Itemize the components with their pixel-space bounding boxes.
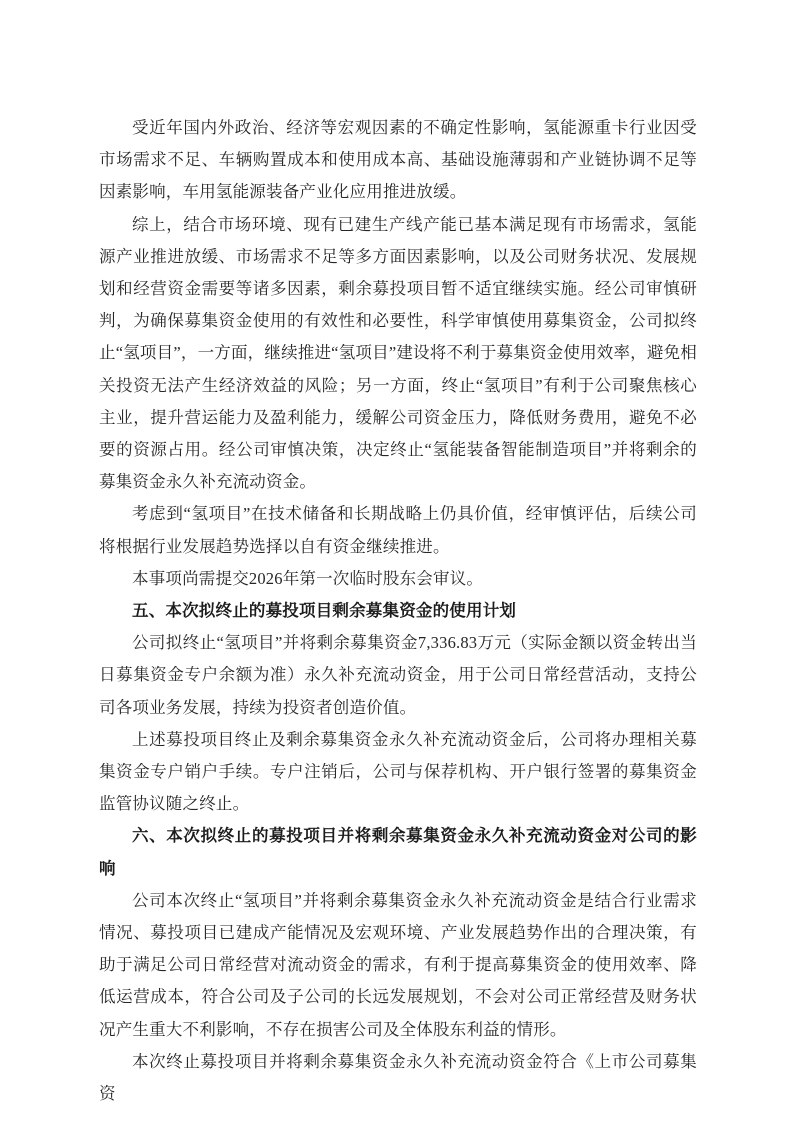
- paragraph-impact-on-company: 公司本次终止“氢项目”并将剩余募集资金永久补充流动资金是结合行业需求情况、募投项…: [99, 885, 697, 1046]
- document-page: 受近年国内外政治、经济等宏观因素的不确定性影响，氢能源重卡行业因受市场需求不足、…: [0, 0, 794, 1123]
- paragraph-compliance-truncated: 本次终止募投项目并将剩余募集资金永久补充流动资金符合《上市公司募集资: [99, 1046, 697, 1110]
- paragraph-termination-rationale: 综上，结合市场环境、现有已建生产线产能已基本满足现有市场需求，氢能源产业推进放缓…: [99, 209, 697, 499]
- paragraph-account-closure: 上述募投项目终止及剩余募集资金永久补充流动资金后，公司将办理相关募集资金专户销户…: [99, 724, 697, 821]
- paragraph-shareholder-meeting: 本事项尚需提交2026年第一次临时股东会审议。: [99, 563, 697, 595]
- document-content: 受近年国内外政治、经济等宏观因素的不确定性影响，氢能源重卡行业因受市场需求不足、…: [99, 112, 697, 1110]
- section-heading-6: 六、本次拟终止的募投项目并将剩余募集资金永久补充流动资金对公司的影响: [99, 820, 697, 884]
- paragraph-fund-usage-plan: 公司拟终止“氢项目”并将剩余募集资金7,336.83万元（实际金额以资金转出当日…: [99, 627, 697, 724]
- section-heading-5: 五、本次拟终止的募投项目剩余募集资金的使用计划: [99, 595, 697, 627]
- paragraph-macro-factors: 受近年国内外政治、经济等宏观因素的不确定性影响，氢能源重卡行业因受市场需求不足、…: [99, 112, 697, 209]
- paragraph-future-plan: 考虑到“氢项目”在技术储备和长期战略上仍具价值，经审慎评估，后续公司将根据行业发…: [99, 498, 697, 562]
